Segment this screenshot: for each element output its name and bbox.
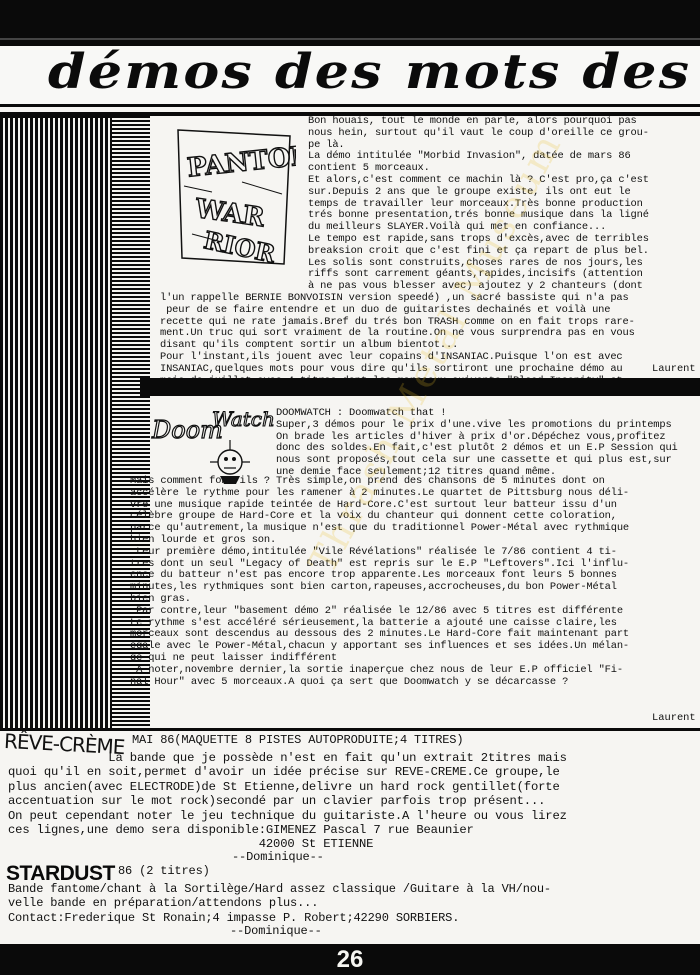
- signature: Laurent: [652, 363, 696, 375]
- divider: [0, 104, 700, 107]
- signature: --Dominique--: [230, 926, 322, 938]
- headline: MAI 86(MAQUETTE 8 PISTES AUTOPRODUITE;4 …: [132, 735, 463, 747]
- page-number: 26: [0, 946, 700, 974]
- signature: Laurent: [652, 712, 696, 724]
- article-text: La bande que je possède n'est en fait qu…: [8, 751, 567, 852]
- top-black-bar: [0, 0, 700, 46]
- page-title: démos des mots des maux: [48, 44, 700, 100]
- article-text: Bande fantome/chant à la Sortilège/Hard …: [8, 882, 551, 925]
- headline: 86 (2 titres): [118, 866, 210, 878]
- article-text-lower: Mais comment font-ils ? Très simple,on p…: [130, 476, 629, 688]
- signature: --Dominique--: [232, 852, 324, 864]
- svg-text:Watch: Watch: [212, 407, 275, 431]
- section-separator: [140, 378, 700, 396]
- article-text-upper: DOOMWATCH : Doomwatch that ! Super,3 dém…: [276, 408, 678, 479]
- phantom-warrior-logo: PANTOM WAR RIOR: [172, 122, 296, 272]
- article-text-upper: Bon houais, tout le monde en parle, alor…: [308, 116, 649, 293]
- divider: [0, 728, 700, 731]
- decorative-stripes: [0, 118, 112, 730]
- band-logo-icon: PANTOM WAR RIOR: [172, 122, 296, 272]
